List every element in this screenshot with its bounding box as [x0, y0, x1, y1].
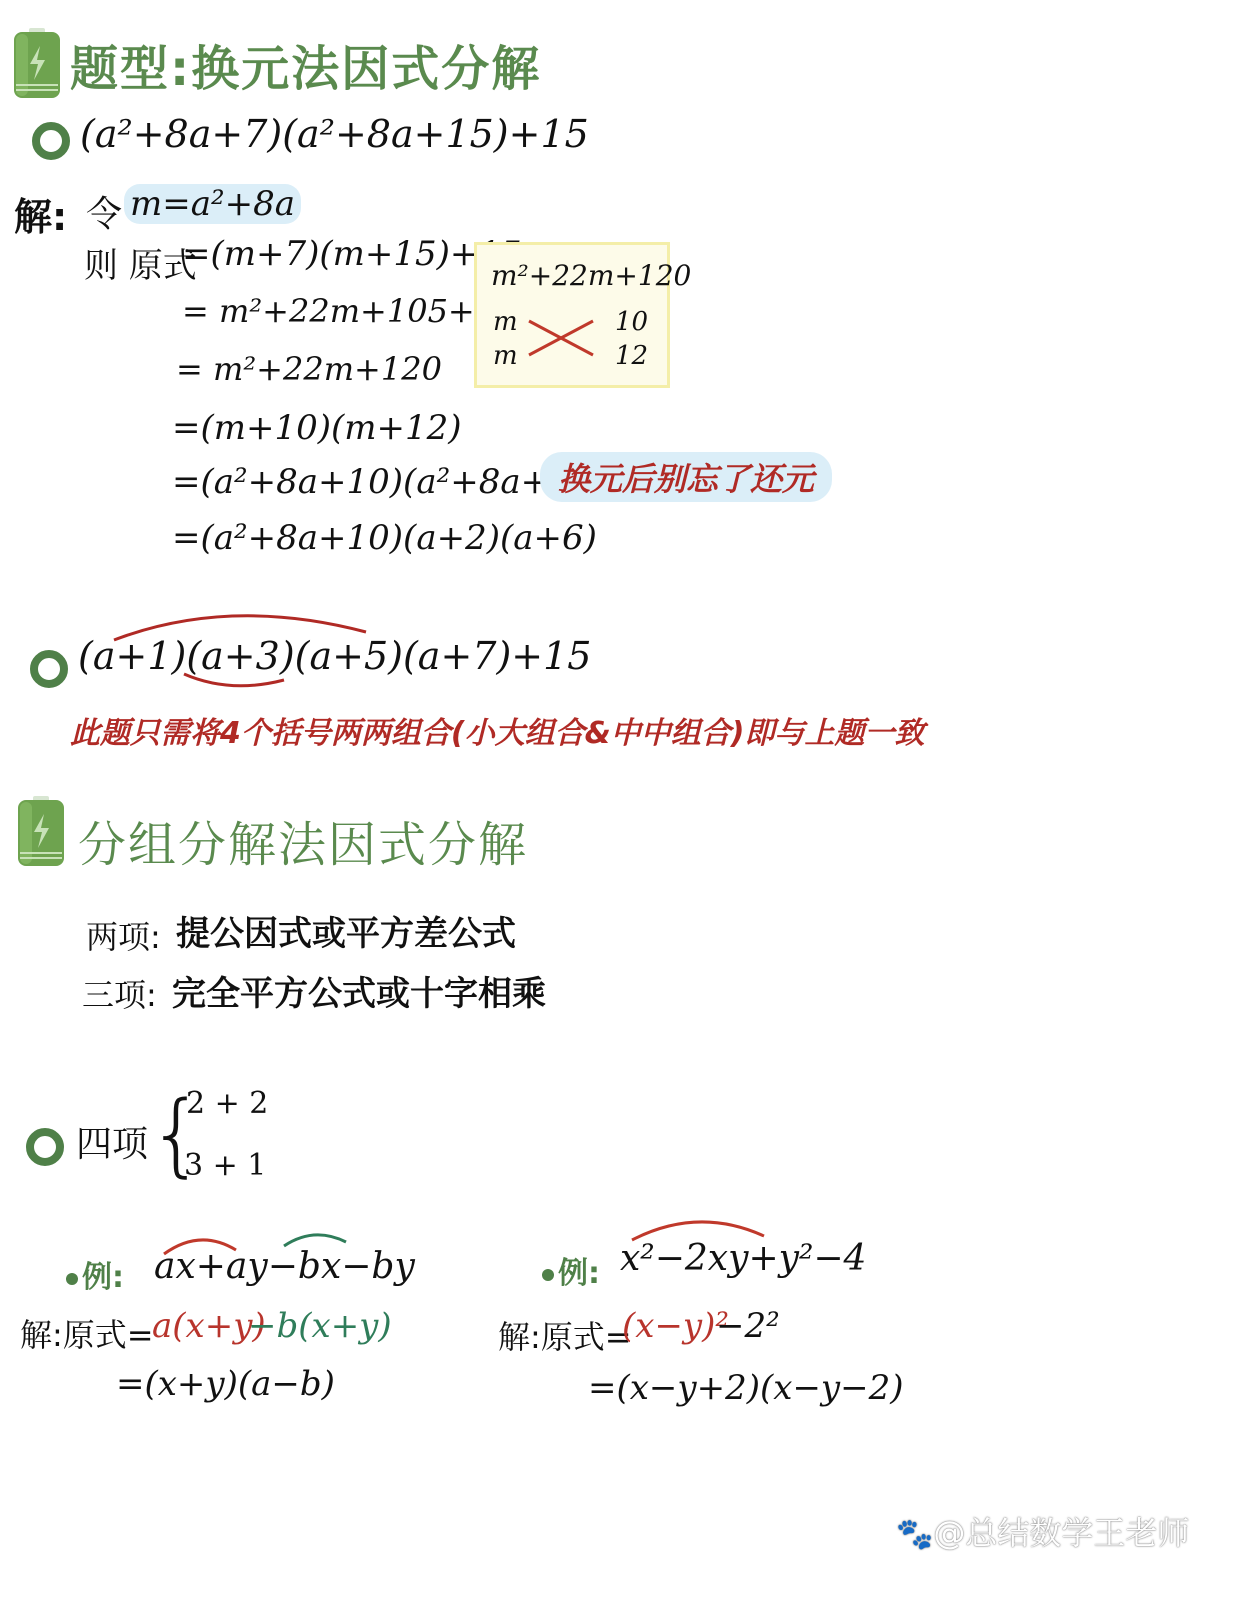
let-label: 令: [86, 186, 122, 237]
pairing-arc-bottom: [180, 670, 290, 694]
example-1-label: 例:: [66, 1252, 124, 1296]
bullet-ring-icon: [32, 122, 70, 160]
four-terms-label: 四项: [76, 1116, 148, 1167]
cross-multiplication-box: m²+22m+120 m m 10 12: [474, 242, 670, 388]
step-1: =(m+7)(m+15)+15: [182, 234, 522, 274]
rule-two-terms-label: 两项:: [86, 912, 161, 958]
section-title-grouping: 分组分解法因式分解: [78, 806, 528, 875]
dot-icon: [66, 1273, 78, 1285]
cross-lines-icon: [527, 319, 597, 359]
rule-three-terms-text: 完全平方公式或十字相乘: [172, 966, 546, 1015]
rule-three-terms-label: 三项:: [82, 970, 157, 1016]
bullet-ring-icon: [30, 650, 68, 688]
solution-label: 解:: [14, 186, 67, 241]
example-2-expression: x²−2xy+y²−4: [620, 1238, 866, 1279]
four-terms-option-2: 3 + 1: [184, 1148, 266, 1183]
battery-icon: [16, 796, 66, 866]
problem-2-expression: (a+1)(a+3)(a+5)(a+7)+15: [78, 634, 591, 678]
example-2-solution-label: 解:原式=: [498, 1312, 632, 1358]
cross-left-2: m: [493, 341, 518, 371]
step-3: = m²+22m+120: [176, 350, 442, 388]
example-2-step1-black: −2²: [716, 1306, 780, 1346]
section-title-substitution: 题型:换元法因式分解: [70, 30, 541, 99]
example-1-step1-green: −b(x+y): [248, 1306, 392, 1346]
cross-box-expression: m²+22m+120: [491, 259, 691, 292]
rule-two-terms-text: 提公因式或平方差公式: [176, 906, 516, 955]
baidu-paw-icon: 🐾: [896, 1517, 933, 1552]
step-prefix: 则 原式: [84, 238, 197, 287]
step-2: = m²+22m+105+15: [182, 292, 515, 330]
example-1-solution-label: 解:原式=: [20, 1310, 154, 1356]
battery-icon: [12, 28, 62, 98]
example-label: 例:: [558, 1256, 600, 1291]
four-terms-option-1: 2 + 2: [186, 1086, 268, 1121]
cross-right-1: 10: [615, 307, 648, 337]
watermark: 🐾@总结数学王老师: [896, 1508, 1189, 1554]
cross-left-1: m: [493, 307, 518, 337]
step-6: =(a²+8a+10)(a+2)(a+6): [172, 518, 597, 558]
reminder-note: 换元后别忘了还元: [540, 452, 832, 502]
problem-2-note: 此题只需将4个括号两两组合(小大组合&中中组合)即与上题一致: [70, 708, 924, 752]
watermark-text: @总结数学王老师: [933, 1514, 1189, 1552]
problem-1-expression: (a²+8a+7)(a²+8a+15)+15: [80, 112, 589, 156]
example-1-step2: =(x+y)(a−b): [116, 1364, 335, 1404]
example-label: 例:: [82, 1260, 124, 1295]
example-2-label: 例:: [542, 1248, 600, 1292]
example-2-step1-red: (x−y)²: [622, 1306, 729, 1346]
step-4: =(m+10)(m+12): [172, 408, 462, 448]
example-1-expression: ax+ay−bx−by: [154, 1246, 415, 1287]
substitution-expression: m=a²+8a: [124, 184, 301, 224]
dot-icon: [542, 1269, 554, 1281]
cross-right-2: 12: [615, 341, 648, 371]
example-2-step2: =(x−y+2)(x−y−2): [588, 1368, 904, 1408]
bullet-ring-icon: [26, 1128, 64, 1166]
